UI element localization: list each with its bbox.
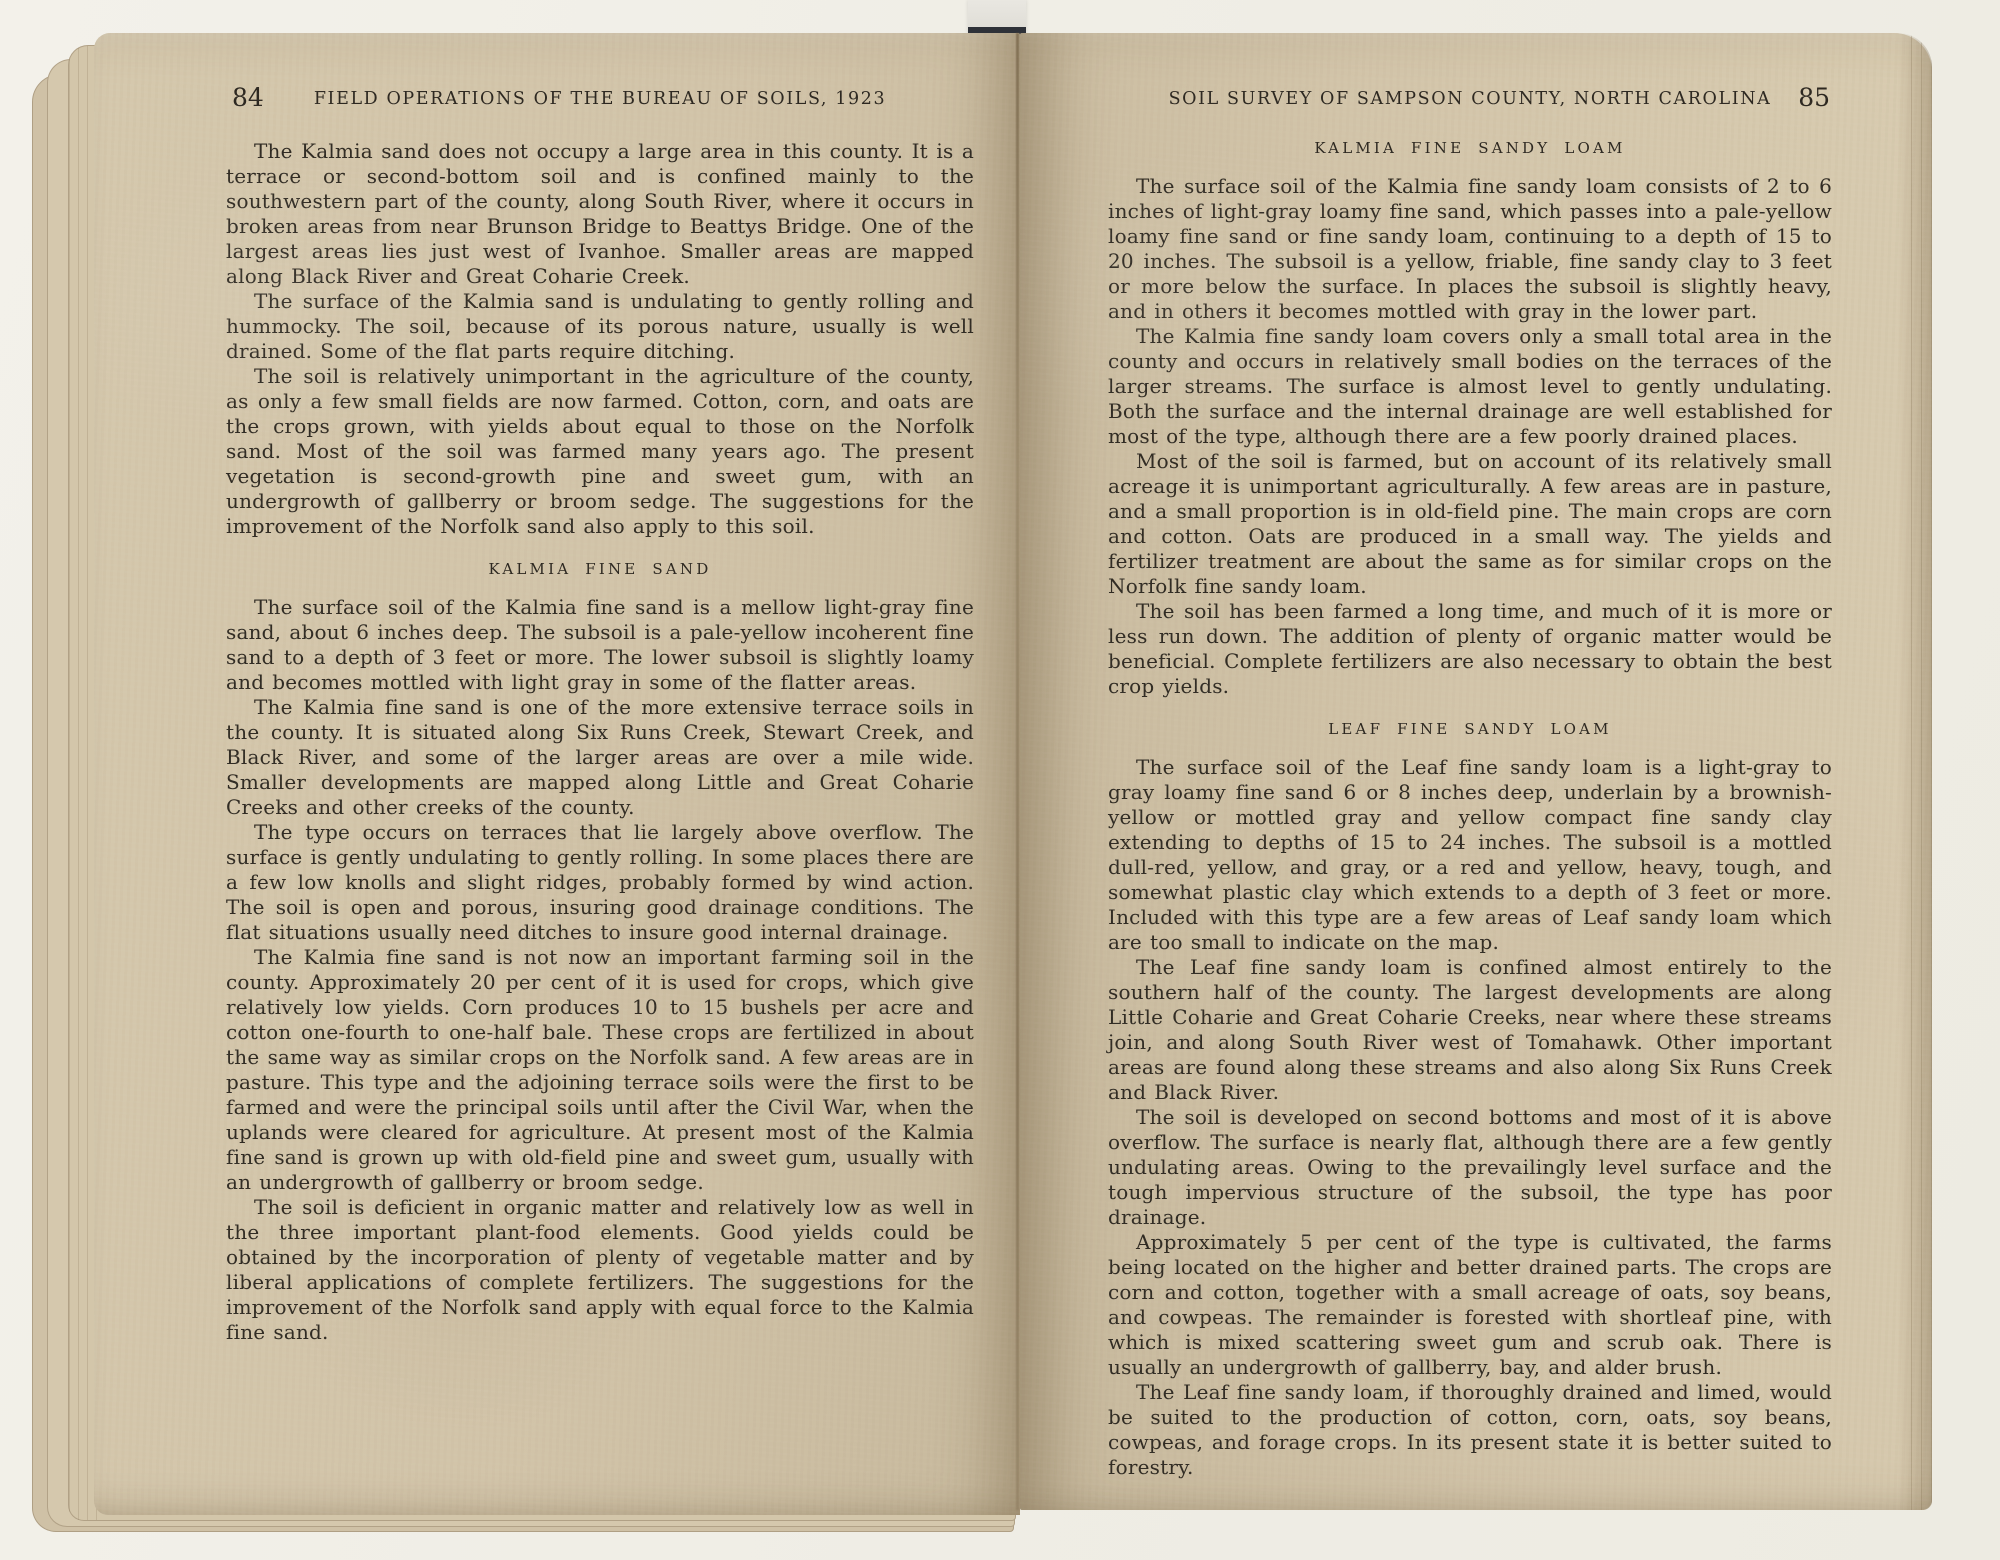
right-text-column: SOIL SURVEY OF SAMPSON COUNTY, NORTH CAR… xyxy=(1108,83,1832,1480)
paragraph: The soil is developed on second bottoms … xyxy=(1108,1105,1832,1230)
section-heading: KALMIA FINE SAND xyxy=(226,560,974,578)
section-heading: KALMIA FINE SANDY LOAM xyxy=(1108,139,1832,157)
paragraph: The soil is deficient in organic matter … xyxy=(226,1195,974,1345)
paragraph: The Kalmia sand does not occupy a large … xyxy=(226,139,974,289)
book-scan: 84 FIELD OPERATIONS OF THE BUREAU OF SOI… xyxy=(0,0,2000,1560)
right-page-header: SOIL SURVEY OF SAMPSON COUNTY, NORTH CAR… xyxy=(1108,83,1832,117)
paragraph: The surface soil of the Leaf fine sandy … xyxy=(1108,755,1832,955)
left-page-header: 84 FIELD OPERATIONS OF THE BUREAU OF SOI… xyxy=(226,83,974,117)
paragraph: Most of the soil is farmed, but on accou… xyxy=(1108,449,1832,599)
paragraph: The surface soil of the Kalmia fine sand… xyxy=(1108,174,1832,324)
running-title: FIELD OPERATIONS OF THE BUREAU OF SOILS,… xyxy=(226,89,974,109)
page-right-85: SOIL SURVEY OF SAMPSON COUNTY, NORTH CAR… xyxy=(1020,33,1932,1510)
page-number: 85 xyxy=(1798,83,1830,112)
paragraph: The surface soil of the Kalmia fine sand… xyxy=(226,595,974,695)
paragraph: The surface of the Kalmia sand is undula… xyxy=(226,289,974,364)
page-stack-edge xyxy=(1898,33,1932,1510)
paragraph: The Kalmia fine sandy loam covers only a… xyxy=(1108,324,1832,449)
paragraph: The Kalmia fine sand is one of the more … xyxy=(226,695,974,820)
gutter-crease xyxy=(1016,33,1019,1510)
paragraph: The soil is relatively unimportant in th… xyxy=(226,364,974,539)
running-title: SOIL SURVEY OF SAMPSON COUNTY, NORTH CAR… xyxy=(1108,89,1832,109)
paragraph: The Leaf fine sandy loam is confined alm… xyxy=(1108,955,1832,1105)
paragraph: Approximately 5 per cent of the type is … xyxy=(1108,1230,1832,1380)
paragraph: The type occurs on terraces that lie lar… xyxy=(226,820,974,945)
page-left-84: 84 FIELD OPERATIONS OF THE BUREAU OF SOI… xyxy=(94,33,1020,1515)
paragraph: The Kalmia fine sand is not now an impor… xyxy=(226,945,974,1195)
paragraph: The soil has been farmed a long time, an… xyxy=(1108,599,1832,699)
spine-headband xyxy=(968,0,1026,36)
section-heading: LEAF FINE SANDY LOAM xyxy=(1108,720,1832,738)
paragraph: The Leaf fine sandy loam, if thoroughly … xyxy=(1108,1380,1832,1480)
left-text-column: 84 FIELD OPERATIONS OF THE BUREAU OF SOI… xyxy=(226,83,974,1345)
